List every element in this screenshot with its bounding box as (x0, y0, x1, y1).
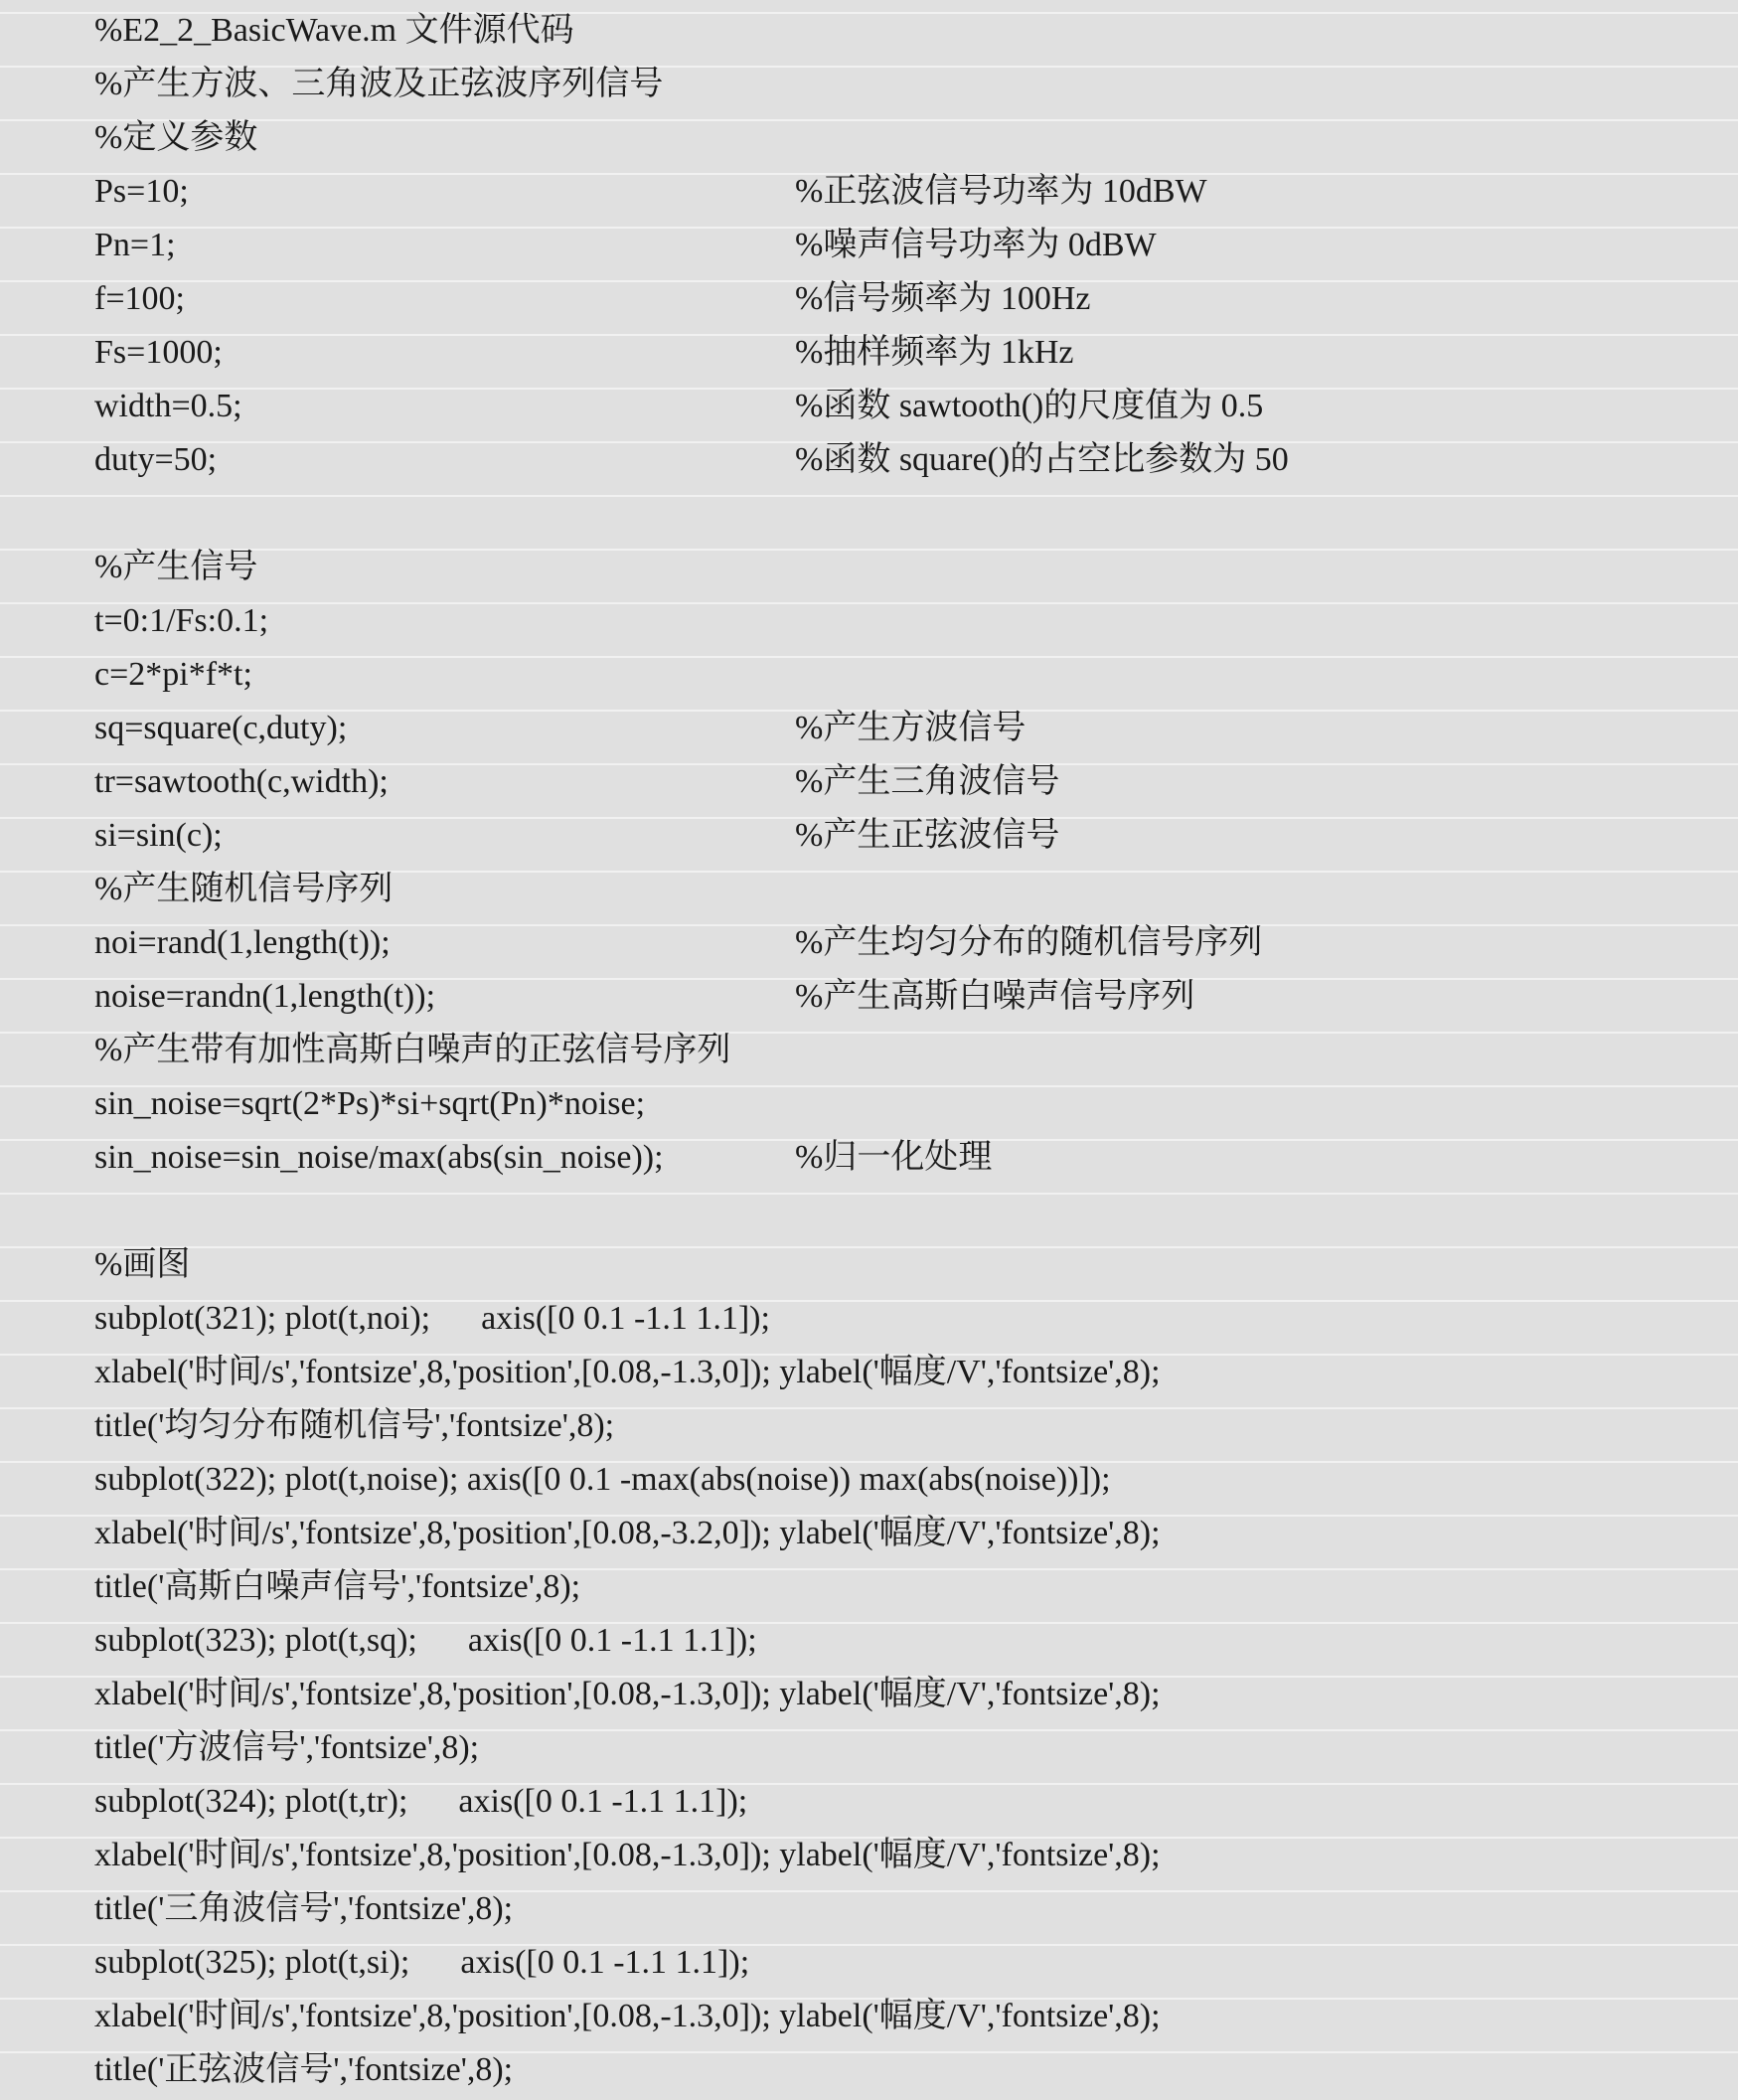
code-text: subplot(321); plot(t,noi); axis([0 0.1 -… (94, 1292, 770, 1346)
code-text: subplot(323); plot(t,sq); axis([0 0.1 -1… (94, 1614, 757, 1668)
code-line: subplot(323); plot(t,sq); axis([0 0.1 -1… (0, 1614, 1738, 1668)
code-text: subplot(324); plot(t,tr); axis([0 0.1 -1… (94, 1775, 747, 1829)
code-line: title('正弦波信号','fontsize',8); (0, 2043, 1738, 2097)
code-text: %画图 (94, 1238, 190, 1292)
blank-line (0, 1185, 1738, 1238)
code-line: sq=square(c,duty);%产生方波信号 (0, 702, 1738, 755)
code-line: duty=50;%函数 square()的占空比参数为 50 (0, 433, 1738, 487)
code-text: %E2_2_BasicWave.m 文件源代码 (94, 4, 574, 58)
code-text: f=100; (94, 272, 185, 326)
comment-text: %函数 square()的占空比参数为 50 (795, 433, 1289, 487)
code-text: xlabel('时间/s','fontsize',8,'position',[0… (94, 1990, 1161, 2043)
scanned-code-page: %E2_2_BasicWave.m 文件源代码%产生方波、三角波及正弦波序列信号… (0, 0, 1738, 2100)
code-line: noise=randn(1,length(t));%产生高斯白噪声信号序列 (0, 970, 1738, 1024)
code-text: title('高斯白噪声信号','fontsize',8); (94, 1560, 580, 1614)
comment-text: %函数 sawtooth()的尺度值为 0.5 (795, 380, 1263, 433)
comment-text: %产生高斯白噪声信号序列 (795, 970, 1194, 1024)
code-line: Pn=1;%噪声信号功率为 0dBW (0, 219, 1738, 272)
code-text: Fs=1000; (94, 326, 223, 380)
comment-text: %抽样频率为 1kHz (795, 326, 1073, 380)
code-line: %E2_2_BasicWave.m 文件源代码 (0, 4, 1738, 58)
code-line: xlabel('时间/s','fontsize',8,'position',[0… (0, 1507, 1738, 1560)
comment-text: %正弦波信号功率为 10dBW (795, 165, 1207, 219)
comment-text: %产生正弦波信号 (795, 809, 1059, 863)
code-line: %产生方波、三角波及正弦波序列信号 (0, 58, 1738, 111)
code-text: xlabel('时间/s','fontsize',8,'position',[0… (94, 1829, 1161, 1882)
code-text: duty=50; (94, 433, 217, 487)
code-line: %画图 (0, 1238, 1738, 1292)
code-line: xlabel('时间/s','fontsize',8,'position',[0… (0, 1346, 1738, 1399)
code-text: t=0:1/Fs:0.1; (94, 594, 268, 648)
code-line: %产生带有加性高斯白噪声的正弦信号序列 (0, 1024, 1738, 1077)
code-line: Ps=10;%正弦波信号功率为 10dBW (0, 165, 1738, 219)
comment-text: %产生方波信号 (795, 702, 1026, 755)
code-line: si=sin(c);%产生正弦波信号 (0, 809, 1738, 863)
code-text: si=sin(c); (94, 809, 223, 863)
code-line: sin_noise=sin_noise/max(abs(sin_noise));… (0, 1131, 1738, 1185)
code-line: title('高斯白噪声信号','fontsize',8); (0, 1560, 1738, 1614)
code-line: sin_noise=sqrt(2*Ps)*si+sqrt(Pn)*noise; (0, 1077, 1738, 1131)
code-line: noi=rand(1,length(t));%产生均匀分布的随机信号序列 (0, 916, 1738, 970)
code-text: Ps=10; (94, 165, 189, 219)
code-line: subplot(322); plot(t,noise); axis([0 0.1… (0, 1453, 1738, 1507)
code-line: t=0:1/Fs:0.1; (0, 594, 1738, 648)
code-text: title('三角波信号','fontsize',8); (94, 1882, 513, 1936)
code-text: title('正弦波信号','fontsize',8); (94, 2043, 513, 2097)
comment-text: %产生均匀分布的随机信号序列 (795, 916, 1262, 970)
code-text: %定义参数 (94, 111, 257, 165)
code-text: Pn=1; (94, 219, 176, 272)
code-text: %产生信号 (94, 541, 257, 594)
code-line: width=0.5;%函数 sawtooth()的尺度值为 0.5 (0, 380, 1738, 433)
code-text: sin_noise=sin_noise/max(abs(sin_noise)); (94, 1131, 664, 1185)
code-line: xlabel('时间/s','fontsize',8,'position',[0… (0, 1668, 1738, 1721)
code-text: xlabel('时间/s','fontsize',8,'position',[0… (94, 1668, 1161, 1721)
comment-text: %信号频率为 100Hz (795, 272, 1090, 326)
code-text: title('均匀分布随机信号','fontsize',8); (94, 1399, 614, 1453)
blank-line (0, 487, 1738, 541)
code-line: subplot(325); plot(t,si); axis([0 0.1 -1… (0, 1936, 1738, 1990)
code-text: xlabel('时间/s','fontsize',8,'position',[0… (94, 1507, 1161, 1560)
code-line: xlabel('时间/s','fontsize',8,'position',[0… (0, 1829, 1738, 1882)
code-text: c=2*pi*f*t; (94, 648, 252, 702)
code-text: width=0.5; (94, 380, 242, 433)
code-text: noise=randn(1,length(t)); (94, 970, 435, 1024)
comment-text: %归一化处理 (795, 1131, 992, 1185)
code-line: f=100;%信号频率为 100Hz (0, 272, 1738, 326)
code-line: title('三角波信号','fontsize',8); (0, 1882, 1738, 1936)
code-line: tr=sawtooth(c,width);%产生三角波信号 (0, 755, 1738, 809)
code-line: c=2*pi*f*t; (0, 648, 1738, 702)
code-line: Fs=1000;%抽样频率为 1kHz (0, 326, 1738, 380)
code-text: sin_noise=sqrt(2*Ps)*si+sqrt(Pn)*noise; (94, 1077, 645, 1131)
code-text: subplot(322); plot(t,noise); axis([0 0.1… (94, 1453, 1111, 1507)
code-line: subplot(324); plot(t,tr); axis([0 0.1 -1… (0, 1775, 1738, 1829)
code-line: title('方波信号','fontsize',8); (0, 1721, 1738, 1775)
code-text: %产生随机信号序列 (94, 863, 393, 916)
code-text: xlabel('时间/s','fontsize',8,'position',[0… (94, 1346, 1161, 1399)
code-listing: %E2_2_BasicWave.m 文件源代码%产生方波、三角波及正弦波序列信号… (0, 4, 1738, 2097)
code-line: xlabel('时间/s','fontsize',8,'position',[0… (0, 1990, 1738, 2043)
comment-text: %产生三角波信号 (795, 755, 1059, 809)
code-line: subplot(321); plot(t,noi); axis([0 0.1 -… (0, 1292, 1738, 1346)
code-line: %定义参数 (0, 111, 1738, 165)
comment-text: %噪声信号功率为 0dBW (795, 219, 1157, 272)
code-text: %产生方波、三角波及正弦波序列信号 (94, 58, 663, 111)
code-line: %产生信号 (0, 541, 1738, 594)
code-text: subplot(325); plot(t,si); axis([0 0.1 -1… (94, 1936, 749, 1990)
code-text: sq=square(c,duty); (94, 702, 347, 755)
code-text: tr=sawtooth(c,width); (94, 755, 389, 809)
code-text: %产生带有加性高斯白噪声的正弦信号序列 (94, 1024, 730, 1077)
code-line: %产生随机信号序列 (0, 863, 1738, 916)
code-text: title('方波信号','fontsize',8); (94, 1721, 479, 1775)
code-line: title('均匀分布随机信号','fontsize',8); (0, 1399, 1738, 1453)
code-text: noi=rand(1,length(t)); (94, 916, 391, 970)
